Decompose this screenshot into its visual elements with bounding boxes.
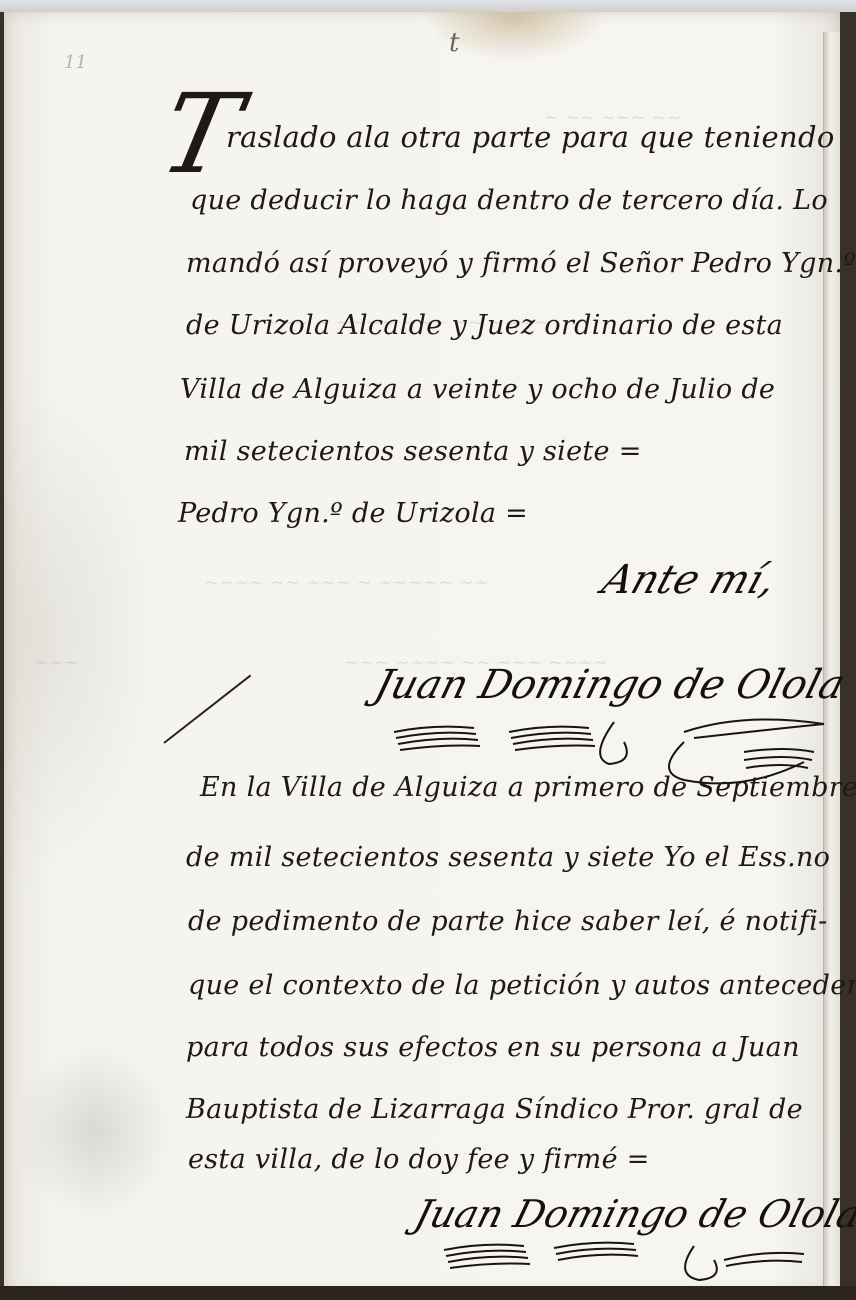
text-line: de pedimento de parte hice saber leí, é … <box>188 906 828 937</box>
text-line: de Urizola Alcalde y Juez ordinario de e… <box>186 310 783 341</box>
text-line: esta villa, de lo doy fee y firmé = <box>188 1144 650 1175</box>
text-line: Villa de Alguiza a veinte y ocho de Juli… <box>180 374 775 405</box>
text-line: que deducir lo haga dentro de tercero dí… <box>190 185 828 216</box>
corner-mark: 11 <box>64 52 87 73</box>
text-line: mandó así proveyó y firmó el Señor Pedro… <box>186 248 856 279</box>
margin-mark <box>163 674 251 743</box>
bleed-through-text: ~~~~ ~~ ~~~ ~ ~~~~~ ~~ <box>204 572 489 593</box>
text-line: En la Villa de Alguiza a primero de Sept… <box>200 772 856 803</box>
ante-mi-signature: Ante mí, <box>597 557 782 603</box>
signature-flourish <box>424 1230 824 1290</box>
manuscript-page: t 11 ~ ~~ ~~~ ~~ ~~~ ~ ~~~~ ~~~ ~~ ~~~~ … <box>4 10 840 1292</box>
text-line: raslado ala otra parte para que teniendo <box>226 120 835 154</box>
text-line: que el contexto de la petición y autos a… <box>188 970 856 1001</box>
bleed-through-text: ~~~ <box>34 652 79 673</box>
alcalde-signature: Pedro Ygn.º de Urizola = <box>178 498 528 529</box>
text-line: mil setecientos sesenta y siete = <box>184 436 642 467</box>
text-line: Bauptista de Lizarraga Síndico Pror. gra… <box>186 1094 803 1125</box>
folio-mark: t <box>449 28 459 58</box>
text-line: para todos sus efectos en su persona a J… <box>186 1032 800 1063</box>
scan-bottom-background <box>0 1286 856 1300</box>
text-line: de mil setecientos sesenta y siete Yo el… <box>186 842 830 873</box>
